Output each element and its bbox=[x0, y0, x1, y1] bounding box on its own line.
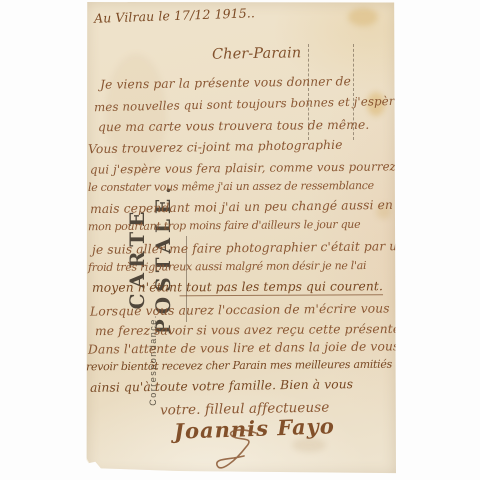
salutation: Cher-Parain bbox=[212, 45, 302, 63]
scan-background: CARTE POSTALE. Correspondance. Au Vilrau… bbox=[0, 0, 480, 480]
handwriting-line: qui j'espère vous fera plaisir, comme vo… bbox=[90, 159, 396, 176]
corner-chip bbox=[86, 454, 103, 475]
handwriting-line-underlined: moyen n'étant tout pas les temps qui cou… bbox=[92, 279, 383, 297]
handwriting-line: ainsi qu'à toute votre famille. Bien à v… bbox=[90, 377, 353, 395]
handwriting-line: Lorsque vous aurez l'occasion de m'écrir… bbox=[90, 301, 390, 318]
handwriting-line: je suis aller me faire photographier c'é… bbox=[92, 239, 405, 257]
handwriting-line: froid très rigoureux aussi malgré mon dé… bbox=[88, 259, 366, 274]
handwriting-line: le constater vous même j'ai un assez de … bbox=[88, 179, 374, 194]
handwriting-line: Dans l'attente de vous lire et dans la j… bbox=[88, 339, 400, 356]
paper-stain bbox=[348, 8, 378, 26]
paper-stain bbox=[292, 438, 326, 452]
handwriting-line: mais cependant moi j'ai un peu changé au… bbox=[90, 198, 393, 216]
handwriting-line: me ferez savoir si vous avez reçu cette … bbox=[95, 322, 404, 338]
handwriting-line: que ma carte vous trouvera tous de même. bbox=[98, 118, 370, 134]
signature-flourish bbox=[196, 427, 292, 477]
dateline: Au Vilrau le 17/12 1915.. bbox=[94, 5, 255, 26]
postcard: CARTE POSTALE. Correspondance. Au Vilrau… bbox=[86, 2, 396, 475]
handwriting-line: Je viens par la présente vous donner de bbox=[100, 74, 351, 92]
handwriting-line: revoir bientôt recevez cher Parain mes m… bbox=[86, 358, 392, 374]
handwriting-line: mon pourtant trop moins faire d'ailleurs… bbox=[88, 218, 360, 233]
